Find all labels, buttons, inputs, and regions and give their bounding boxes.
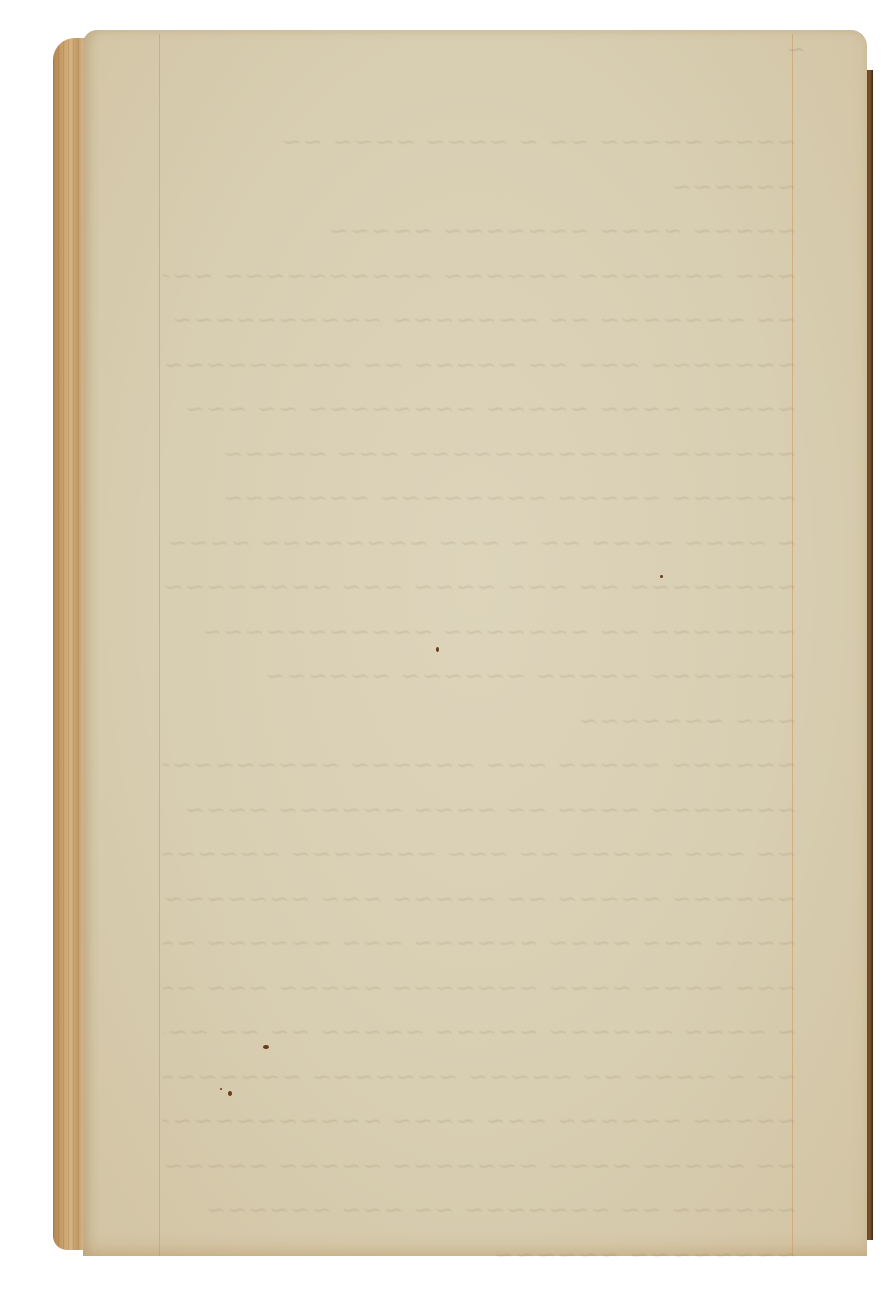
- bleed-through-line: ~~~ ~~~~~~~ ~~~~~~ ~~~~~~~~~~ ~~~~~: [163, 254, 797, 299]
- manuscript-page: ~ ~~~~ ~~~~~ ~~ ~ ~~~~ ~~~~ ~~~~~~~~~~~~…: [83, 30, 867, 1256]
- bleed-through-line: ~~~ ~~~~ ~~~~ ~~~~~~~ ~~~~~ ~~~ ~~~~~~: [163, 966, 797, 1011]
- bleed-through-line: ~~ ~~~ ~~~~~ ~~ ~~~ ~~~~~~~ ~~~~~~~: [163, 832, 797, 877]
- bleed-through-line: ~~~~~~ ~~~~~ ~~ ~~~~~ ~~~ ~~~~~~~~: [163, 877, 797, 922]
- bleed-through-text: ~~~~ ~~~~~ ~~ ~ ~~~~ ~~~~ ~~~~~~~~~~~~~ …: [163, 120, 797, 1277]
- bleed-through-line: ~ ~~~~ ~~~~~~ ~~~~~ ~~~~~ ~~ ~~ ~~~~: [163, 1010, 797, 1055]
- bleed-through-line: ~~~~~~ ~~ ~~~~~~~ ~~ ~~~ ~~~~~~: [163, 1188, 797, 1233]
- bleed-through-line: ~~~~~ ~~~~ ~~~~~ ~~~~~~~~ ~~ ~~~: [163, 387, 797, 432]
- bleed-through-line: ~~~~~~ ~~~~~ ~~~ ~~~~~~ ~~~~~~~~~~ ~~: [163, 743, 797, 788]
- ink-spot: [660, 575, 663, 578]
- bleed-through-line: ~~ ~ ~~~~ ~~ ~~~~~ ~~~~~~~ ~~~~~~~ ~: [163, 1055, 797, 1100]
- bleed-through-line: ~~~~~~~~ ~~~~~~: [163, 1233, 797, 1278]
- corner-mark: ~: [787, 38, 805, 63]
- bleed-through-line: ~~~~~~ ~~~~~~~~~~~~ ~~~ ~~~~~: [163, 432, 797, 477]
- ink-spot: [436, 647, 439, 652]
- bleed-through-line: ~~~~~~~ ~~~~~ ~~~~~~ ~~~~~~: [163, 654, 797, 699]
- bleed-through-line: ~~~~~ ~~~~ ~~~~~~~ ~~~~~: [163, 209, 797, 254]
- ink-spot: [220, 1088, 222, 1090]
- bleed-through-line: ~~~~~~~ ~~~~ ~~ ~~~~ ~~~~~~ ~~~~: [163, 788, 797, 833]
- bleed-through-line: ~~~~~~~ ~~~ ~~ ~~~~~ ~~ ~~~~~~~~~~: [163, 343, 797, 388]
- bleed-through-line: ~~~~~~~ ~~ ~~~~~~~ ~~~~~~~~~~~: [163, 610, 797, 655]
- bleed-through-line: ~~~~~~~~ ~~ ~~~ ~~~~ ~~~ ~~~~~~~~~~: [163, 565, 797, 610]
- bleed-through-line: ~~~~ ~~~~~ ~~ ~ ~~~~ ~~~~ ~~: [163, 120, 797, 165]
- bleed-through-line: ~~~~~ ~~~~~~ ~~~ ~~~~ ~~~~~~~~~~~: [163, 1099, 797, 1144]
- ink-spot: [228, 1091, 232, 1096]
- bleed-through-line: ~ ~~~~ ~~~~ ~~ ~ ~~~ ~~~~~~~~ ~~~~: [163, 521, 797, 566]
- bleed-through-line: ~~~~ ~~~ ~~~~ ~~~~~~ ~~~ ~~~~~~ ~~~~: [163, 921, 797, 966]
- bleed-through-line: ~~ ~~~~~~~ ~~ ~~~~~~~ ~~~~~~~~~~: [163, 298, 797, 343]
- left-margin-line: [159, 34, 160, 1256]
- bleed-through-line: ~~~~~~ ~~~~~ ~~~~~~~~ ~~~~~~~: [163, 476, 797, 521]
- ink-spot: [263, 1045, 269, 1049]
- book: ~ ~~~~ ~~~~~ ~~ ~ ~~~~ ~~~~ ~~~~~~~~~~~~…: [53, 30, 873, 1256]
- bleed-through-line: ~~~~~~: [163, 165, 797, 210]
- bleed-through-line: ~~ ~~~~~ ~~~~ ~~~~~~~ ~~~~~ ~~~~~~~~~: [163, 1144, 797, 1189]
- bleed-through-line: ~~~ ~~~~~~~: [163, 699, 797, 744]
